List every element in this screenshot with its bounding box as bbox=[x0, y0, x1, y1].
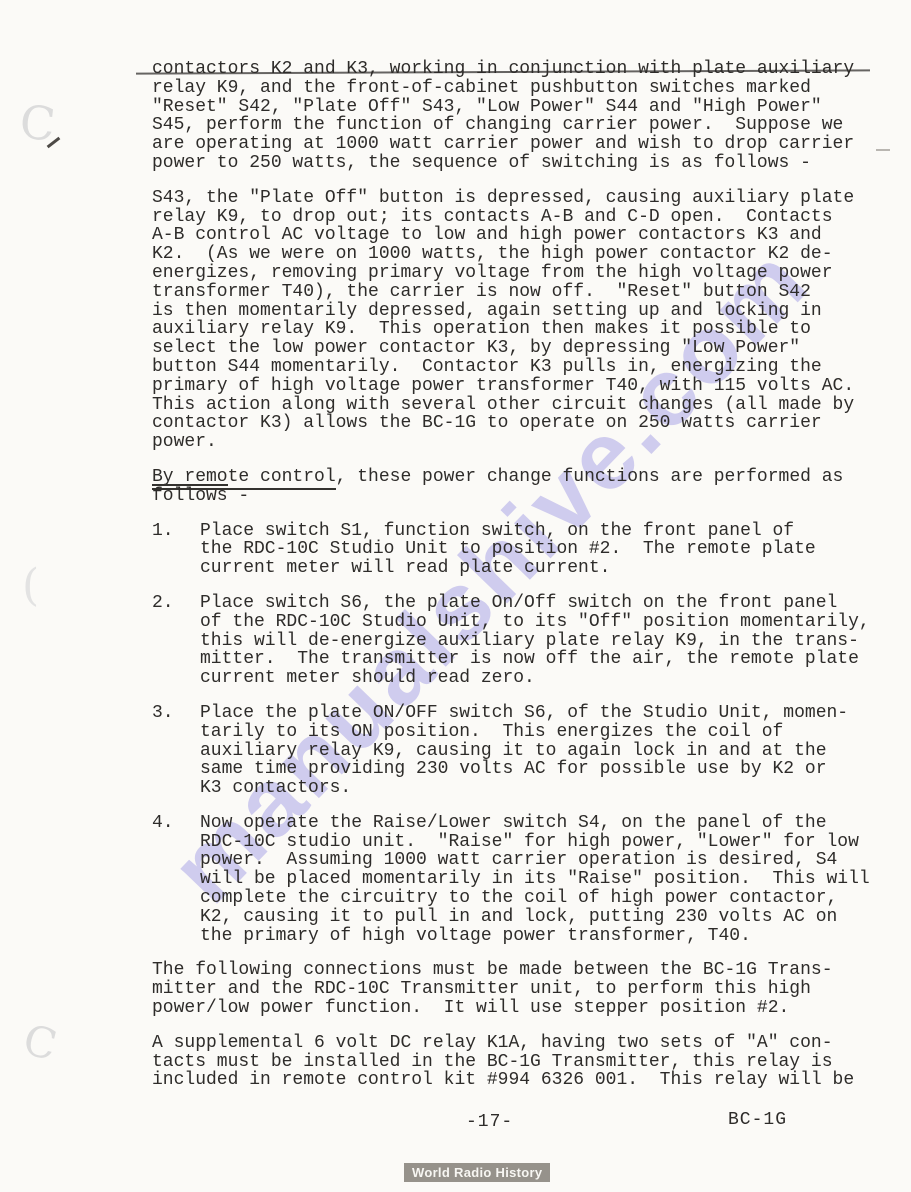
paragraph-s43-sequence: S43, the "Plate Off" button is depressed… bbox=[152, 189, 882, 452]
text-line: This action along with several other cir… bbox=[152, 396, 882, 415]
text-line: the primary of high voltage power transf… bbox=[200, 927, 870, 946]
text-line: tacts must be installed in the BC-1G Tra… bbox=[152, 1053, 882, 1072]
numbered-item-1: 1. Place switch S1, function switch, on … bbox=[152, 522, 882, 578]
page-body: contactors K2 and K3, working in conjunc… bbox=[152, 60, 882, 1106]
text-line: select the low power contactor K3, by de… bbox=[152, 339, 882, 358]
text-line: transformer T40), the carrier is now off… bbox=[152, 283, 882, 302]
item-text: Place switch S6, the plate On/Off switch… bbox=[200, 594, 870, 688]
text-line: S43, the "Plate Off" button is depressed… bbox=[152, 189, 882, 208]
pencil-mark: C bbox=[19, 1015, 62, 1070]
text-line: relay K9, to drop out; its contacts A-B … bbox=[152, 208, 882, 227]
text-line: included in remote control kit #994 6326… bbox=[152, 1071, 882, 1090]
text-line: mitter and the RDC-10C Transmitter unit,… bbox=[152, 980, 882, 999]
item-text: Place switch S1, function switch, on the… bbox=[200, 522, 816, 578]
text-line: By remote control, these power change fu… bbox=[152, 468, 882, 487]
underlined-phrase: follows bbox=[152, 486, 228, 506]
text-line: tarily to its ON position. This energize… bbox=[200, 723, 848, 742]
text-span: - bbox=[228, 486, 250, 506]
numbered-item-2: 2. Place switch S6, the plate On/Off swi… bbox=[152, 594, 882, 688]
scanned-manual-page: manualshive.com C ( C contactors K2 and … bbox=[0, 0, 911, 1192]
text-line: S45, perform the function of changing ca… bbox=[152, 116, 882, 135]
text-line: contactors K2 and K3, working in conjunc… bbox=[152, 60, 882, 79]
text-line: RDC-10C studio unit. "Raise" for high po… bbox=[200, 833, 870, 852]
item-number: 2. bbox=[152, 594, 200, 688]
text-line: K2, causing it to pull in and lock, putt… bbox=[200, 908, 870, 927]
text-span: , these power change functions are perfo… bbox=[336, 467, 844, 487]
text-line: power. Assuming 1000 watt carrier operat… bbox=[200, 851, 870, 870]
document-reference: BC-1G bbox=[728, 1110, 787, 1130]
text-line: same time providing 230 volts AC for pos… bbox=[200, 760, 848, 779]
text-line: power to 250 watts, the sequence of swit… bbox=[152, 154, 882, 173]
text-line: primary of high voltage power transforme… bbox=[152, 377, 882, 396]
text-line: auxiliary relay K9, causing it to again … bbox=[200, 742, 848, 761]
text-line: Place switch S1, function switch, on the… bbox=[200, 522, 816, 541]
text-line: current meter should read zero. bbox=[200, 669, 870, 688]
text-line: will be placed momentarily in its "Raise… bbox=[200, 870, 870, 889]
item-number: 1. bbox=[152, 522, 200, 578]
text-line: relay K9, and the front-of-cabinet pushb… bbox=[152, 79, 882, 98]
paragraph-by-remote-control: By remote control, these power change fu… bbox=[152, 468, 882, 506]
text-line: is then momentarily depressed, again set… bbox=[152, 302, 882, 321]
text-line: Now operate the Raise/Lower switch S4, o… bbox=[200, 814, 870, 833]
item-number: 4. bbox=[152, 814, 200, 946]
world-radio-history-label: World Radio History bbox=[404, 1163, 550, 1182]
pen-slash-mark bbox=[47, 137, 61, 149]
pencil-mark: ( bbox=[22, 560, 39, 611]
numbered-item-4: 4. Now operate the Raise/Lower switch S4… bbox=[152, 814, 882, 946]
paragraph-supplemental-relay: A supplemental 6 volt DC relay K1A, havi… bbox=[152, 1034, 882, 1090]
text-line: K3 contactors. bbox=[200, 779, 848, 798]
item-text: Now operate the Raise/Lower switch S4, o… bbox=[200, 814, 870, 946]
text-line: A-B control AC voltage to low and high p… bbox=[152, 226, 882, 245]
text-line: energizes, removing primary voltage from… bbox=[152, 264, 882, 283]
text-line: power/low power function. It will use st… bbox=[152, 999, 882, 1018]
item-number: 3. bbox=[152, 704, 200, 798]
numbered-item-3: 3. Place the plate ON/OFF switch S6, of … bbox=[152, 704, 882, 798]
item-text: Place the plate ON/OFF switch S6, of the… bbox=[200, 704, 848, 798]
text-line: mitter. The transmitter is now off the a… bbox=[200, 650, 870, 669]
page-number: -17- bbox=[466, 1112, 513, 1132]
text-line: power. bbox=[152, 433, 882, 452]
text-line: K2. (As we were on 1000 watts, the high … bbox=[152, 245, 882, 264]
text-line: contactor K3) allows the BC-1G to operat… bbox=[152, 414, 882, 433]
text-line: The following connections must be made b… bbox=[152, 961, 882, 980]
paragraph-connections: The following connections must be made b… bbox=[152, 961, 882, 1017]
text-line: are operating at 1000 watt carrier power… bbox=[152, 135, 882, 154]
paragraph-contactors: contactors K2 and K3, working in conjunc… bbox=[152, 60, 882, 173]
text-line: A supplemental 6 volt DC relay K1A, havi… bbox=[152, 1034, 882, 1053]
text-line: this will de-energize auxiliary plate re… bbox=[200, 632, 870, 651]
text-line: auxiliary relay K9. This operation then … bbox=[152, 320, 882, 339]
text-line: Place the plate ON/OFF switch S6, of the… bbox=[200, 704, 848, 723]
text-line: Place switch S6, the plate On/Off switch… bbox=[200, 594, 870, 613]
text-line: button S44 momentarily. Contactor K3 pul… bbox=[152, 358, 882, 377]
text-line: the RDC-10C Studio Unit to position #2. … bbox=[200, 540, 816, 559]
text-line: of the RDC-10C Studio Unit, to its "Off"… bbox=[200, 613, 870, 632]
text-line: complete the circuitry to the coil of hi… bbox=[200, 889, 870, 908]
text-line: current meter will read plate current. bbox=[200, 559, 816, 578]
text-line: "Reset" S42, "Plate Off" S43, "Low Power… bbox=[152, 98, 882, 117]
